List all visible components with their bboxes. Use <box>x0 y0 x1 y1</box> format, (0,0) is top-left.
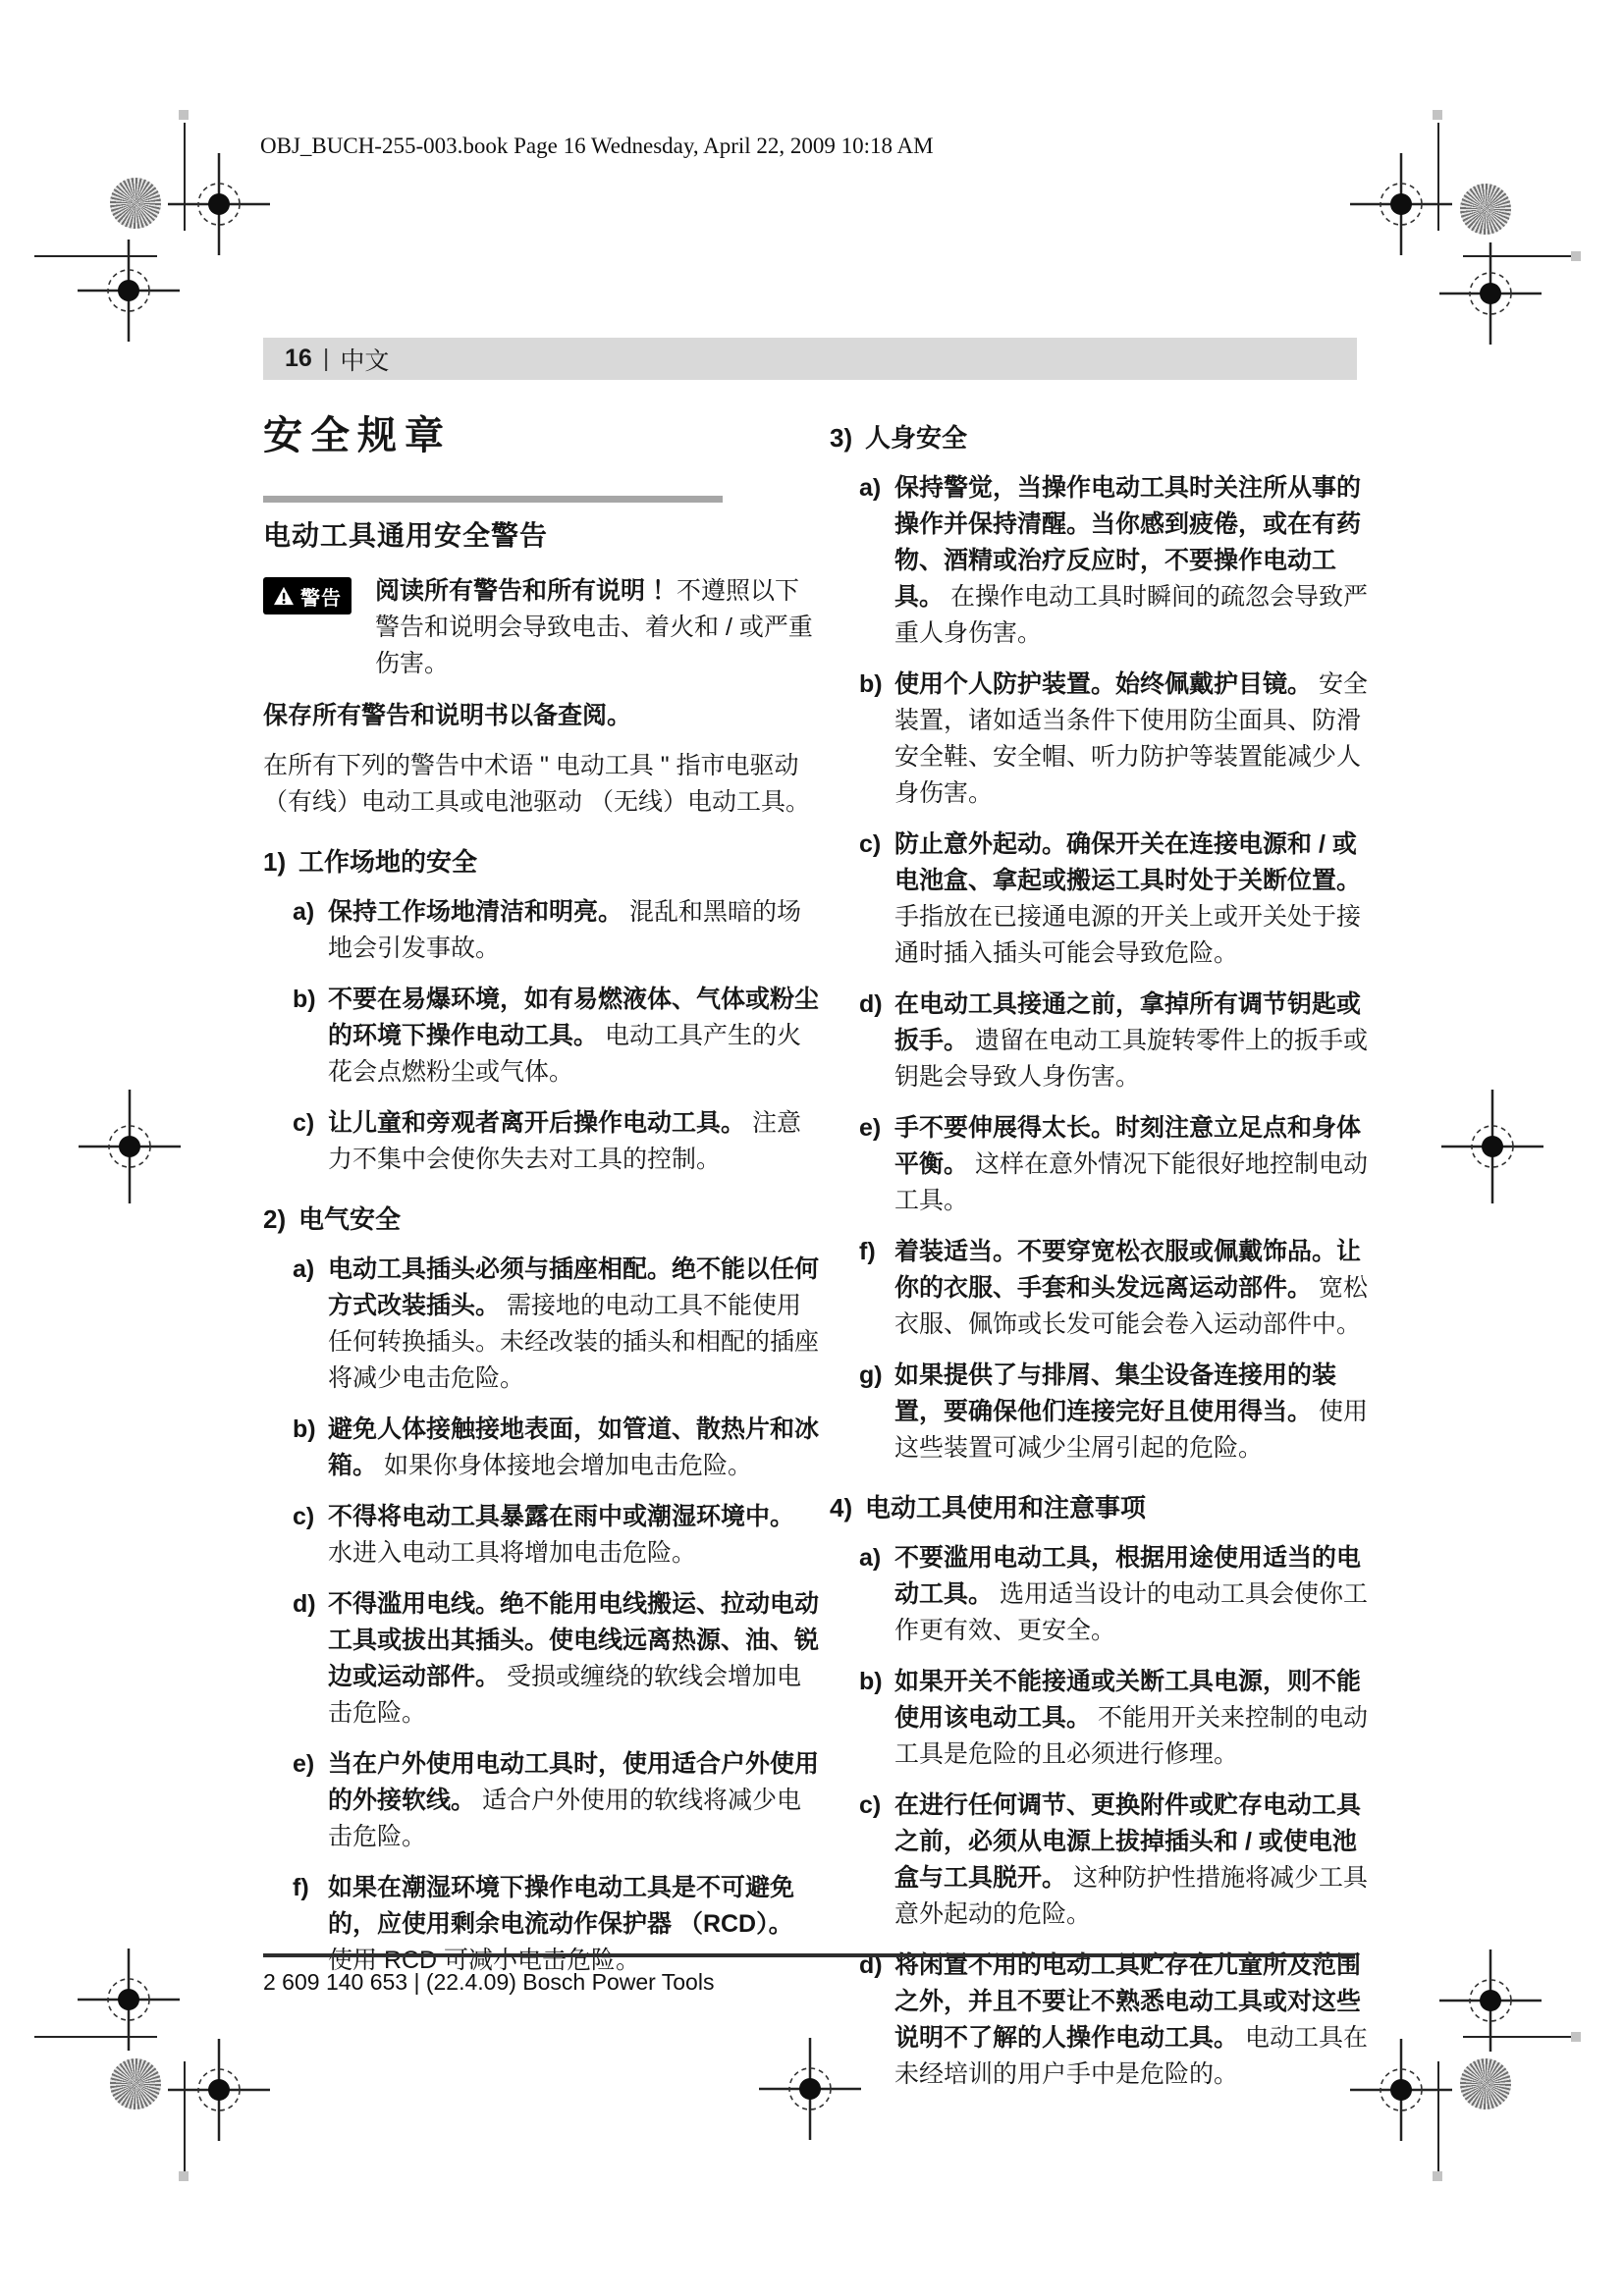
safety-item: a) 不要滥用电动工具，根据用途使用适当的电动工具。 选用适当设计的电动工具会使… <box>830 1540 1380 1649</box>
section-title: 电动工具使用和注意事项 <box>865 1490 1146 1525</box>
item-explanation-text: 如果你身体接地会增加电击危险。 <box>384 1452 752 1479</box>
section-number: 3) <box>830 420 865 455</box>
registration-mark-icon <box>70 232 188 349</box>
manual-page: { "print_header": { "text": "OBJ_BUCH-25… <box>0 0 1624 2296</box>
item-label: b) <box>293 1412 316 1448</box>
crop-square <box>179 2171 189 2181</box>
item-label: c) <box>293 1105 314 1142</box>
warning-lead-text: 阅读所有警告和所有说明 ！ <box>375 577 677 605</box>
safety-item: b) 不要在易爆环境，如有易燃液体、气体或粉尘的环境下操作电动工具。 电动工具产… <box>263 982 819 1091</box>
page-number: 16 <box>285 345 312 373</box>
page-title: 安全规章 <box>263 404 452 460</box>
item-rule-text: 如果提供了与排屑、集尘设备连接用的装置，要确保他们连接完好且使用得当。 <box>894 1362 1336 1425</box>
section-electrical-safety: 2) 电气安全 a) 电动工具插头必须与插座相配。绝不能以任何方式改装插头。 需… <box>263 1201 819 1979</box>
item-label: a) <box>859 1540 881 1576</box>
safety-item: d) 不得滥用电线。绝不能用电线搬运、拉动电动工具或拔出其插头。使电线远离热源、… <box>263 1586 819 1732</box>
registration-mark-icon <box>1432 235 1549 352</box>
page-bar-separator: | <box>323 345 330 373</box>
item-label: f) <box>859 1234 876 1270</box>
footer-rule <box>263 1953 1355 1957</box>
safety-item: e) 手不要伸展得太长。时刻注意立足点和身体平衡。 这样在意外情况下能很好地控制… <box>830 1110 1380 1219</box>
section-title: 人身安全 <box>865 420 967 455</box>
item-label: a) <box>293 1252 314 1288</box>
safety-item: d) 将闲置不用的电动工具贮存在儿童所及范围之外，并且不要让不熟悉电动工具或对这… <box>830 1948 1380 2093</box>
item-rule-text: 着装适当。不要穿宽松衣服或佩戴饰品。让你的衣服、手套和头发远离运动部件。 <box>894 1238 1361 1302</box>
color-control-patch-icon <box>1460 184 1511 235</box>
safety-item: a) 电动工具插头必须与插座相配。绝不能以任何方式改装插头。 需接地的电动工具不… <box>263 1252 819 1397</box>
save-notice: 保存所有警告和说明书以备查阅。 <box>263 698 819 734</box>
safety-item: a) 保持工作场地清洁和明亮。 混乱和黑暗的场地会引发事故。 <box>263 894 819 967</box>
item-label: c) <box>293 1499 314 1535</box>
left-column: 电动工具通用安全警告 警告 阅读所有警告和所有说明 ！不遵照以下警告和说明会导致… <box>263 496 819 1979</box>
color-control-patch-icon <box>110 178 161 229</box>
terminology-note: 在所有下列的警告中术语 " 电动工具 " 指市电驱动 （有线）电动工具或电池驱动… <box>263 748 819 821</box>
item-label: e) <box>293 1746 314 1783</box>
warning-triangle-icon <box>273 586 295 606</box>
crop-square <box>1571 251 1581 261</box>
safety-item: c) 防止意外起动。确保开关在连接电源和 / 或电池盒、拿起或搬运工具时处于关断… <box>830 827 1380 972</box>
item-label: b) <box>859 1664 883 1700</box>
right-column: 3) 人身安全 a) 保持警觉，当操作电动工具时关注所从事的操作并保持清醒。当你… <box>830 420 1380 2093</box>
item-rule-text: 如果在潮湿环境下操作电动工具是不可避免的，应使用剩余电流动作保护器 （RCD）。 <box>328 1874 794 1938</box>
warning-label: 警告 <box>300 582 342 611</box>
item-rule-text: 使用个人防护装置。始终佩戴护目镜。 <box>894 670 1312 698</box>
item-label: d) <box>859 987 883 1023</box>
item-label: c) <box>859 1788 881 1824</box>
section-heading: 4) 电动工具使用和注意事项 <box>830 1490 1380 1525</box>
section-divider-rule <box>263 496 723 503</box>
warning-banner: 警告 阅读所有警告和所有说明 ！不遵照以下警告和说明会导致电击、着火和 / 或严… <box>263 573 819 682</box>
page-language: 中文 <box>340 342 389 377</box>
item-label: f) <box>293 1870 309 1906</box>
section-title: 电气安全 <box>298 1201 401 1237</box>
item-explanation-text: 手指放在已接通电源的开关上或开关处于接通时插入插头可能会导致危险。 <box>894 903 1361 967</box>
item-label: d) <box>293 1586 316 1623</box>
item-label: e) <box>859 1110 881 1147</box>
item-rule-text: 防止意外起动。确保开关在连接电源和 / 或电池盒、拿起或搬运工具时处于关断位置。 <box>894 830 1361 894</box>
safety-item: a) 保持警觉，当操作电动工具时关注所从事的操作并保持清醒。当你感到疲倦，或在有… <box>830 470 1380 652</box>
section-work-area-safety: 1) 工作场地的安全 a) 保持工作场地清洁和明亮。 混乱和黑暗的场地会引发事故… <box>263 844 819 1178</box>
general-warning-heading: 电动工具通用安全警告 <box>263 514 819 554</box>
safety-item: c) 不得将电动工具暴露在雨中或潮湿环境中。 水进入电动工具将增加电击危险。 <box>263 1499 819 1572</box>
color-control-patch-icon <box>110 2058 161 2109</box>
section-number: 4) <box>830 1490 865 1525</box>
color-control-patch-icon <box>1460 2058 1511 2109</box>
crop-square <box>1433 110 1442 120</box>
registration-mark-icon <box>160 2031 278 2149</box>
crop-square <box>1433 2171 1442 2181</box>
item-label: a) <box>293 894 314 931</box>
section-tool-use-and-care: 4) 电动工具使用和注意事项 a) 不要滥用电动工具，根据用途使用适当的电动工具… <box>830 1490 1380 2093</box>
section-heading: 2) 电气安全 <box>263 1201 819 1237</box>
print-header-line: OBJ_BUCH-255-003.book Page 16 Wednesday,… <box>260 133 934 159</box>
section-heading: 1) 工作场地的安全 <box>263 844 819 880</box>
section-number: 2) <box>263 1201 298 1237</box>
item-rule-text: 不得将电动工具暴露在雨中或潮湿环境中。 <box>328 1503 794 1530</box>
crop-square <box>1571 2032 1581 2042</box>
section-personal-safety: 3) 人身安全 a) 保持警觉，当操作电动工具时关注所从事的操作并保持清醒。当你… <box>830 420 1380 1467</box>
crop-square <box>179 110 189 120</box>
item-label: b) <box>293 982 316 1018</box>
safety-item: c) 让儿童和旁观者离开后操作电动工具。 注意力不集中会使你失去对工具的控制。 <box>263 1105 819 1178</box>
item-explanation-text: 在操作电动工具时瞬间的疏忽会导致严重人身伤害。 <box>894 583 1368 647</box>
warning-text: 阅读所有警告和所有说明 ！不遵照以下警告和说明会导致电击、着火和 / 或严重伤害… <box>375 573 819 682</box>
safety-item: b) 避免人体接触接地表面，如管道、散热片和冰箱。 如果你身体接地会增加电击危险… <box>263 1412 819 1484</box>
safety-item: f) 如果在潮湿环境下操作电动工具是不可避免的，应使用剩余电流动作保护器 （RC… <box>263 1870 819 1979</box>
item-rule-text: 保持工作场地清洁和明亮。 <box>328 898 623 926</box>
footer-imprint: 2 609 140 653 | (22.4.09) Bosch Power To… <box>263 1969 714 1996</box>
safety-item: c) 在进行任何调节、更换附件或贮存电动工具之前，必须从电源上拔掉插头和 / 或… <box>830 1788 1380 1933</box>
warning-box: 警告 <box>263 577 352 614</box>
item-label: b) <box>859 667 883 703</box>
safety-item: e) 当在户外使用电动工具时，使用适合户外使用的外接软线。 适合户外使用的软线将… <box>263 1746 819 1855</box>
section-title: 工作场地的安全 <box>298 844 477 880</box>
registration-mark-icon <box>1434 1088 1551 1205</box>
page-number-bar: 16 | 中文 <box>263 338 1357 380</box>
item-explanation-text: 水进入电动工具将增加电击危险。 <box>328 1539 696 1567</box>
registration-mark-icon <box>71 1088 189 1205</box>
item-label: a) <box>859 470 881 507</box>
safety-item: d) 在电动工具接通之前，拿掉所有调节钥匙或扳手。 遗留在电动工具旋转零件上的扳… <box>830 987 1380 1095</box>
item-label: c) <box>859 827 881 863</box>
section-number: 1) <box>263 844 298 880</box>
safety-item: b) 使用个人防护装置。始终佩戴护目镜。 安全装置，诸如适当条件下使用防尘面具、… <box>830 667 1380 812</box>
safety-item: b) 如果开关不能接通或关断工具电源，则不能使用该电动工具。 不能用开关来控制的… <box>830 1664 1380 1773</box>
item-label: g) <box>859 1358 883 1394</box>
item-rule-text: 让儿童和旁观者离开后操作电动工具。 <box>328 1109 745 1137</box>
safety-item: g) 如果提供了与排屑、集尘设备连接用的装置，要确保他们连接完好且使用得当。 使… <box>830 1358 1380 1467</box>
safety-item: f) 着装适当。不要穿宽松衣服或佩戴饰品。让你的衣服、手套和头发远离运动部件。 … <box>830 1234 1380 1343</box>
section-heading: 3) 人身安全 <box>830 420 1380 455</box>
